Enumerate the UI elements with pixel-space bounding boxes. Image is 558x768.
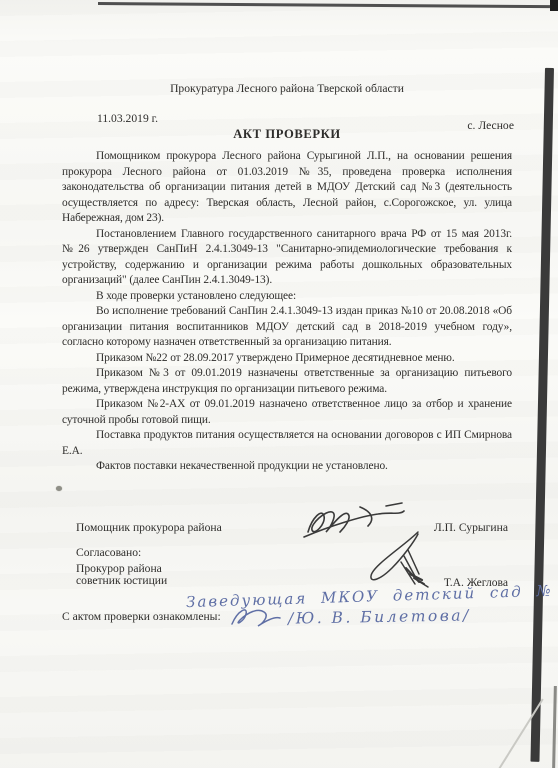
document-title: АКТ ПРОВЕРКИ [62, 127, 512, 142]
paragraph-order-2ah: Приказом №2-АХ от 09.01.2019 назначено о… [62, 397, 512, 428]
scan-edge-right-thin-line [552, 686, 556, 768]
scan-ink-dot [56, 486, 62, 491]
paragraph-conclusion: Фактов поставки некачественной продукции… [62, 459, 512, 475]
agreed-label: Согласовано: [76, 546, 141, 559]
paragraph-order-22: Приказом №22 от 28.09.2017 утверждено Пр… [62, 351, 512, 367]
paragraph-intro: Помощником прокурора Лесного района Суры… [62, 149, 512, 227]
document-date: 11.03.2019 г. [97, 112, 158, 125]
paragraph-order-3: Приказом №3 от 09.01.2019 назначены отве… [62, 366, 512, 397]
paragraph-findings-lead: В ходе проверки установлено следующее: [62, 289, 512, 305]
scan-edge-top-line [98, 2, 550, 8]
scanned-document-page: Прокуратура Лесного района Тверской обла… [0, 0, 558, 768]
document-body: Помощником прокурора Лесного района Суры… [62, 149, 512, 475]
organization-header: Прокуратура Лесного района Тверской обла… [62, 82, 512, 95]
scan-corner-mark [550, 0, 558, 11]
prosecutor-rank: советник юстиции [76, 574, 167, 587]
assistant-prosecutor-name: Л.П. Сурыгина [434, 521, 508, 534]
prosecutor-signature [358, 528, 436, 594]
handwritten-name-line: /Ю. В. Билетова/ [288, 606, 471, 627]
assistant-prosecutor-role: Помощник прокурора района [76, 521, 222, 534]
acknowledged-label: С актом проверки ознакомлены: [62, 610, 221, 623]
paragraph-sanpin: Постановлением Главного государственного… [62, 227, 512, 289]
paragraph-supply: Поставка продуктов питания осуществляетс… [62, 428, 512, 459]
head-signature [224, 602, 284, 630]
paragraph-order-10: Во исполнение требований СанПин 2.4.1.30… [62, 304, 512, 351]
scan-edge-right-strip [530, 68, 554, 762]
